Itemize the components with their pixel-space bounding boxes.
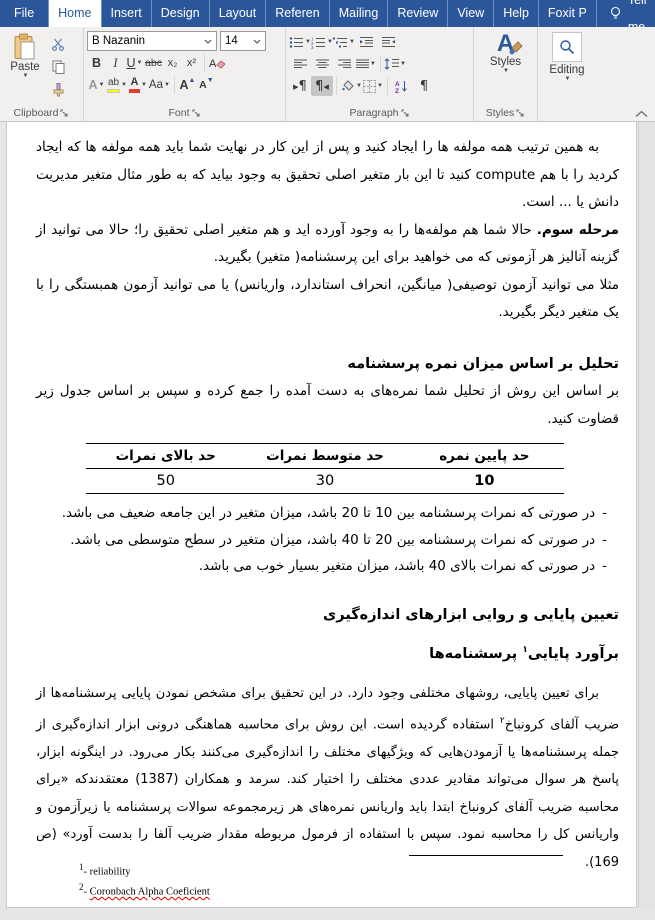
numbering-button[interactable]: 123▼ bbox=[311, 32, 333, 52]
footnotes: 1- reliability 2- Coronbach Alpha Coefic… bbox=[79, 860, 210, 899]
justify-icon bbox=[356, 59, 369, 70]
editing-button[interactable]: Editing ▼ bbox=[541, 31, 593, 105]
decrease-indent-button[interactable] bbox=[355, 32, 377, 52]
grow-font-button[interactable]: A▲ bbox=[178, 75, 197, 95]
copy-icon bbox=[52, 60, 65, 74]
paragraph-group: ▼ 123▼ ▼ ▼ ▼ ▶¶ ¶◀ bbox=[286, 27, 474, 121]
clear-formatting-button[interactable]: A bbox=[208, 53, 227, 73]
text-effects-button[interactable]: A▼ bbox=[87, 75, 106, 95]
strikethrough-button[interactable]: abc bbox=[144, 53, 163, 73]
styles-button[interactable]: A Styles ▼ bbox=[478, 31, 534, 105]
table-value-row: 10 30 50 bbox=[86, 469, 564, 494]
ltr-paragraph-button[interactable]: ▶¶ bbox=[289, 76, 311, 96]
underline-button[interactable]: U▼ bbox=[125, 53, 144, 73]
styles-group: A Styles ▼ Styles bbox=[474, 27, 538, 121]
svg-text:A: A bbox=[395, 81, 400, 88]
bold-run: مرحله سوم. bbox=[537, 222, 619, 238]
chevron-down-icon bbox=[204, 39, 212, 44]
justify-button[interactable]: ▼ bbox=[355, 54, 377, 74]
collapse-ribbon-button[interactable] bbox=[635, 110, 648, 118]
footnote: 2- Coronbach Alpha Coeficient bbox=[79, 880, 210, 900]
document-page[interactable]: به همین ترتیب همه مولفه ها را ایجاد کنید… bbox=[6, 122, 637, 908]
bold-button[interactable]: B bbox=[87, 53, 106, 73]
sort-az-icon: AZ bbox=[395, 80, 409, 93]
tab-home[interactable]: Home bbox=[49, 0, 100, 27]
align-center-icon bbox=[316, 59, 329, 70]
section-heading: تعیین پایایی و روایی ابزارهای اندازه‌گیر… bbox=[36, 602, 619, 630]
table-cell: 50 bbox=[86, 469, 245, 493]
subscript-button[interactable]: x₂ bbox=[163, 53, 182, 73]
table-cell: 10 bbox=[405, 469, 564, 493]
font-color-icon: A bbox=[129, 77, 140, 93]
lightbulb-icon bbox=[609, 6, 622, 21]
align-right-icon bbox=[338, 59, 351, 70]
borders-button[interactable]: ▼ bbox=[362, 76, 384, 96]
tab-insert[interactable]: Insert bbox=[101, 0, 152, 27]
table-header-cell: حد بالای نمرات bbox=[86, 444, 245, 468]
document-content: به همین ترتیب همه مولفه ها را ایجاد کنید… bbox=[36, 134, 619, 876]
svg-text:Z: Z bbox=[395, 88, 399, 93]
footnote-separator bbox=[409, 855, 563, 856]
section-heading: برآورد پایایی۱ پرسشنامه‌ها bbox=[36, 637, 619, 668]
score-table: حد پایین نمره حد متوسط نمرات حد بالای نم… bbox=[86, 443, 564, 494]
cut-button[interactable] bbox=[47, 34, 69, 54]
paste-button[interactable]: Paste ▼ bbox=[3, 31, 47, 105]
show-formatting-marks-button[interactable]: ¶ bbox=[413, 76, 435, 96]
svg-text:3: 3 bbox=[311, 45, 314, 49]
list-item: -در صورتی که نمرات پرسشنامه بین 20 تا 40… bbox=[38, 527, 619, 554]
footnote: 1- reliability bbox=[79, 860, 210, 880]
align-center-button[interactable] bbox=[311, 54, 333, 74]
italic-button[interactable]: I bbox=[106, 53, 125, 73]
styles-icon: A bbox=[497, 32, 514, 56]
magnifier-icon bbox=[552, 32, 582, 62]
font-dialog-launcher[interactable] bbox=[192, 109, 201, 118]
table-header-cell: حد متوسط نمرات bbox=[245, 444, 404, 468]
paste-dropdown-arrow: ▼ bbox=[23, 73, 29, 79]
paragraph: برای تعیین پایایی، روشهای مختلفی وجود دا… bbox=[36, 680, 619, 876]
vertical-scrollbar[interactable] bbox=[638, 122, 655, 908]
editing-group: Editing ▼ bbox=[538, 27, 596, 121]
tab-layout[interactable]: Layout bbox=[210, 0, 267, 27]
section-heading: تحلیل بر اساس میزان نمره پرسشنامه bbox=[36, 351, 619, 379]
align-left-button[interactable] bbox=[289, 54, 311, 74]
tab-help[interactable]: Help bbox=[494, 0, 539, 27]
tab-review[interactable]: Review bbox=[388, 0, 448, 27]
tab-mailings[interactable]: Mailing bbox=[330, 0, 389, 27]
increase-indent-button[interactable] bbox=[377, 32, 399, 52]
misspelled-text: Coronbach Alpha Coeficient bbox=[90, 886, 210, 897]
table-cell: 30 bbox=[245, 469, 404, 493]
list-item: -در صورتی که نمرات پرسشنامه بین 10 تا 20… bbox=[38, 500, 619, 527]
chevron-down-icon bbox=[253, 39, 261, 44]
svg-text:A: A bbox=[209, 58, 217, 70]
chevron-up-icon bbox=[635, 110, 648, 118]
borders-icon bbox=[363, 80, 376, 93]
ribbon: Paste ▼ Clipboard bbox=[0, 27, 655, 122]
bullet-list-icon bbox=[289, 36, 304, 49]
font-group-label: Font bbox=[168, 107, 189, 119]
paragraph: مرحله سوم. حالا شما هم مولفه‌ها را به وج… bbox=[36, 217, 619, 272]
change-case-button[interactable]: Aa▼ bbox=[148, 75, 171, 95]
font-name-combo[interactable]: B Nazanin bbox=[87, 31, 217, 51]
bullets-button[interactable]: ▼ bbox=[289, 32, 311, 52]
sort-button[interactable]: AZ bbox=[391, 76, 413, 96]
ribbon-tab-bar: File Home Insert Design Layout Referen M… bbox=[0, 0, 655, 27]
eraser-icon: A bbox=[209, 56, 226, 70]
paint-bucket-icon bbox=[340, 80, 355, 93]
bullet-list: -در صورتی که نمرات پرسشنامه بین 10 تا 20… bbox=[36, 500, 619, 580]
tab-file[interactable]: File bbox=[0, 0, 49, 27]
list-item: -در صورتی که نمرات بالای 40 باشد، میزان … bbox=[38, 553, 619, 580]
align-left-icon bbox=[294, 59, 307, 70]
paragraph-dialog-launcher[interactable] bbox=[401, 109, 410, 118]
tab-design[interactable]: Design bbox=[152, 0, 210, 27]
styles-group-label: Styles bbox=[486, 107, 515, 119]
clipboard-group-label: Clipboard bbox=[14, 107, 59, 119]
paragraph-group-label: Paragraph bbox=[349, 107, 398, 119]
increase-indent-icon bbox=[381, 36, 396, 48]
line-spacing-icon bbox=[384, 58, 399, 70]
format-painter-button[interactable] bbox=[47, 80, 69, 100]
shrink-font-button[interactable]: A▼ bbox=[197, 75, 216, 95]
copy-button[interactable] bbox=[47, 57, 69, 77]
rtl-paragraph-button[interactable]: ¶◀ bbox=[311, 76, 333, 96]
paste-clipboard-icon bbox=[12, 33, 38, 61]
table-header-row: حد پایین نمره حد متوسط نمرات حد بالای نم… bbox=[86, 444, 564, 469]
paragraph: مثلا می توانید آزمون توصیفی( میانگین، ان… bbox=[36, 272, 619, 327]
highlight-icon: ab bbox=[107, 78, 120, 93]
scissors-icon bbox=[51, 38, 65, 51]
clipboard-dialog-launcher[interactable] bbox=[60, 109, 69, 118]
format-painter-icon bbox=[52, 83, 65, 97]
superscript-button[interactable]: x² bbox=[182, 53, 201, 73]
tab-view[interactable]: View bbox=[448, 0, 494, 27]
word-window: File Home Insert Design Layout Referen M… bbox=[0, 0, 655, 920]
multilevel-list-button[interactable]: ▼ bbox=[333, 32, 355, 52]
styles-dialog-launcher[interactable] bbox=[516, 109, 525, 118]
decrease-indent-icon bbox=[359, 36, 374, 48]
highlight-button[interactable]: ab ▼ bbox=[106, 75, 128, 95]
tab-references[interactable]: Referen bbox=[266, 0, 329, 27]
tab-foxit-pdf[interactable]: Foxit P bbox=[539, 0, 597, 27]
line-spacing-button[interactable]: ▼ bbox=[384, 54, 406, 74]
paragraph: بر اساس این روش از تحلیل شما نمره‌های به… bbox=[36, 378, 619, 433]
shading-button[interactable]: ▼ bbox=[340, 76, 362, 96]
font-size-combo[interactable]: 14 bbox=[220, 31, 266, 51]
paragraph: به همین ترتیب همه مولفه ها را ایجاد کنید… bbox=[36, 134, 619, 217]
tell-me-button[interactable]: Tell me bbox=[597, 0, 655, 27]
font-group: B Nazanin 14 B I U▼ abc x₂ x² bbox=[84, 27, 286, 121]
align-right-button[interactable] bbox=[333, 54, 355, 74]
multilevel-list-icon bbox=[333, 36, 348, 49]
font-color-button[interactable]: A ▼ bbox=[128, 75, 148, 95]
status-bar bbox=[0, 908, 655, 920]
document-area: به همین ترتیب همه مولفه ها را ایجاد کنید… bbox=[0, 122, 655, 920]
numbered-list-icon: 123 bbox=[311, 36, 326, 49]
table-header-cell: حد پایین نمره bbox=[405, 444, 564, 468]
clipboard-group: Paste ▼ Clipboard bbox=[0, 27, 84, 121]
